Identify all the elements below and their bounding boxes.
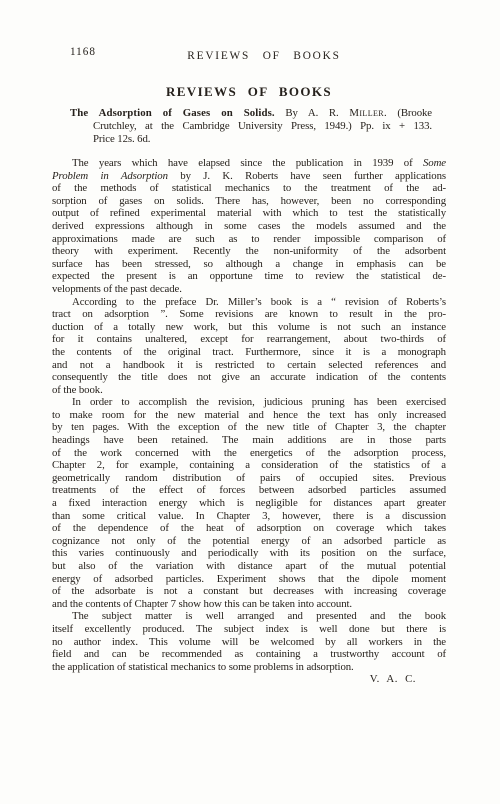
text-line: and the contents of Chapter 7 show how t…	[52, 598, 446, 611]
text-segment: cognizance not only of the potential ene…	[52, 535, 446, 547]
section-title: REVIEWS OF BOOKS	[52, 85, 446, 99]
text-line: the contents of the original tract. Furt…	[52, 346, 446, 359]
page-header: 1168 REVIEWS OF BOOKS	[52, 46, 446, 59]
review-paragraph: The subject matter is well arranged and …	[52, 610, 446, 673]
text-segment: field and can be recommended as containi…	[52, 648, 446, 660]
running-title-wrap: REVIEWS OF BOOKS	[52, 46, 446, 64]
text-segment: to make room for the new material and he…	[52, 409, 446, 421]
text-line: surface has been stressed, so although a…	[52, 258, 446, 271]
text-line: geometrically random distribution of pai…	[52, 472, 446, 485]
text-segment: of the dependence of the heat of adsorpt…	[52, 522, 446, 534]
text-line: of the work concerned with the energetic…	[52, 447, 446, 460]
text-line: treatments of the effect of forces betwe…	[52, 484, 446, 497]
text-segment: of the adsorbate is not a constant but d…	[52, 585, 446, 597]
text-line: energy of adsorbed particles. Experiment…	[52, 573, 446, 586]
text-line: field and can be recommended as containi…	[52, 648, 446, 661]
text-segment: this varies continuously and periodicall…	[52, 547, 446, 559]
text-line: no author index. This volume will be wel…	[52, 636, 446, 649]
text-segment: tract on adsorption ”. Some revisions ar…	[52, 308, 446, 320]
text-line: velopments of the past decade.	[52, 283, 446, 296]
text-segment: Miller	[349, 107, 384, 119]
text-line: Crutchley, at the Cambridge University P…	[70, 120, 432, 133]
text-line: to make room for the new material and he…	[52, 409, 446, 422]
text-line: duction of a totally new work, but this …	[52, 321, 446, 334]
text-segment: By A. R.	[275, 107, 350, 119]
review-body: The years which have elapsed since the p…	[52, 157, 446, 673]
text-line: theory with experiment. Recently the non…	[52, 245, 446, 258]
text-segment: headings have been retained. The main ad…	[52, 434, 446, 446]
text-line: consequently the title does not give an …	[52, 371, 446, 384]
text-segment: of the book.	[52, 384, 103, 396]
text-segment: Crutchley, at the Cambridge University P…	[93, 120, 432, 132]
text-line: of the adsorbate is not a constant but d…	[52, 585, 446, 598]
text-segment: Some	[423, 157, 446, 169]
page-number: 1168	[70, 46, 96, 59]
text-segment: itself excellently produced. The subject…	[52, 623, 446, 635]
text-line: a fixed interaction energy which is negl…	[52, 497, 446, 510]
text-line: cognizance not only of the potential ene…	[52, 535, 446, 548]
text-segment: but also of the variation with distance …	[52, 560, 446, 572]
running-title: REVIEWS OF BOOKS	[187, 50, 340, 62]
book-entry: The Adsorption of Gases on Solids. By A.…	[70, 107, 432, 146]
text-line: The subject matter is well arranged and …	[52, 610, 446, 623]
page-content: 1168 REVIEWS OF BOOKS REVIEWS OF BOOKS T…	[52, 46, 446, 686]
text-line: In order to accomplish the revision, jud…	[52, 396, 446, 409]
text-line: itself excellently produced. The subject…	[52, 623, 446, 636]
text-segment: no author index. This volume will be wel…	[52, 636, 446, 648]
text-segment: a fixed interaction energy which is negl…	[52, 497, 446, 509]
text-segment: by ten pages. With the exception of the …	[52, 421, 446, 433]
text-segment: of the work concerned with the energetic…	[52, 447, 446, 459]
text-line: Price 12s. 6d.	[70, 133, 432, 146]
journal-page: 1168 REVIEWS OF BOOKS REVIEWS OF BOOKS T…	[0, 0, 500, 804]
text-segment: of the methods of statistical mechanics …	[52, 182, 446, 194]
text-segment: The years which have elapsed since the p…	[72, 157, 423, 169]
text-segment: energy of adsorbed particles. Experiment…	[52, 573, 446, 585]
text-line: approximations made are such as to rende…	[52, 233, 446, 246]
text-line: headings have been retained. The main ad…	[52, 434, 446, 447]
text-segment: for it contains unaltered, except for re…	[52, 333, 446, 345]
text-line: The years which have elapsed since the p…	[52, 157, 446, 170]
text-segment: by J. K. Roberts have seen further appli…	[168, 170, 446, 182]
text-segment: . (Brooke	[384, 107, 432, 119]
review-paragraph: In order to accomplish the revision, jud…	[52, 396, 446, 610]
text-segment: output of refined experimental material …	[52, 207, 446, 219]
text-line: sorption of gases on solids. There has, …	[52, 195, 446, 208]
review-paragraph: According to the preface Dr. Miller’s bo…	[52, 296, 446, 397]
text-segment: consequently the title does not give an …	[52, 371, 446, 383]
text-segment: theory with experiment. Recently the non…	[52, 245, 446, 257]
text-segment: derived expressions although in some cas…	[52, 220, 446, 232]
text-line: of the methods of statistical mechanics …	[52, 182, 446, 195]
text-segment: geometrically random distribution of pai…	[52, 472, 446, 484]
text-line: but also of the variation with distance …	[52, 560, 446, 573]
text-segment: Price 12s. 6d.	[93, 133, 150, 145]
text-segment: According to the preface Dr. Miller’s bo…	[72, 296, 446, 308]
text-segment: and not a handbook it is restricted to c…	[52, 359, 446, 371]
text-segment: than some critical value. In Chapter 3, …	[52, 510, 446, 522]
text-segment: The Adsorption of Gases on Solids.	[70, 107, 275, 119]
text-line: According to the preface Dr. Miller’s bo…	[52, 296, 446, 309]
text-line: and not a handbook it is restricted to c…	[52, 359, 446, 372]
reviewer-signature: V. A. C.	[52, 673, 446, 686]
text-segment: approximations made are such as to rende…	[52, 233, 446, 245]
text-line: derived expressions although in some cas…	[52, 220, 446, 233]
text-line: for it contains unaltered, except for re…	[52, 333, 446, 346]
text-segment: the contents of the original tract. Furt…	[52, 346, 446, 358]
text-segment: and the contents of Chapter 7 show how t…	[52, 598, 352, 610]
text-segment: treatments of the effect of forces betwe…	[52, 484, 446, 496]
text-line: the application of statistical mechanics…	[52, 661, 446, 674]
text-line: output of refined experimental material …	[52, 207, 446, 220]
text-line: Problem in Adsorption by J. K. Roberts h…	[52, 170, 446, 183]
text-segment: sorption of gases on solids. There has, …	[52, 195, 446, 207]
text-line: by ten pages. With the exception of the …	[52, 421, 446, 434]
text-line: of the dependence of the heat of adsorpt…	[52, 522, 446, 535]
text-segment: Chapter 2, for example, containing a con…	[52, 459, 446, 471]
text-line: expected the present is an opportune tim…	[52, 270, 446, 283]
text-segment: the application of statistical mechanics…	[52, 661, 354, 673]
text-line: Chapter 2, for example, containing a con…	[52, 459, 446, 472]
text-line: tract on adsorption ”. Some revisions ar…	[52, 308, 446, 321]
text-line: this varies continuously and periodicall…	[52, 547, 446, 560]
text-segment: surface has been stressed, so although a…	[52, 258, 446, 270]
text-segment: The subject matter is well arranged and …	[72, 610, 446, 622]
text-segment: In order to accomplish the revision, jud…	[72, 396, 446, 408]
text-line: of the book.	[52, 384, 446, 397]
text-segment: Problem in Adsorption	[52, 170, 168, 182]
text-line: than some critical value. In Chapter 3, …	[52, 510, 446, 523]
text-line: The Adsorption of Gases on Solids. By A.…	[70, 107, 432, 120]
text-segment: duction of a totally new work, but this …	[52, 321, 446, 333]
text-segment: velopments of the past decade.	[52, 283, 182, 295]
review-paragraph: The years which have elapsed since the p…	[52, 157, 446, 296]
text-segment: expected the present is an opportune tim…	[52, 270, 446, 282]
